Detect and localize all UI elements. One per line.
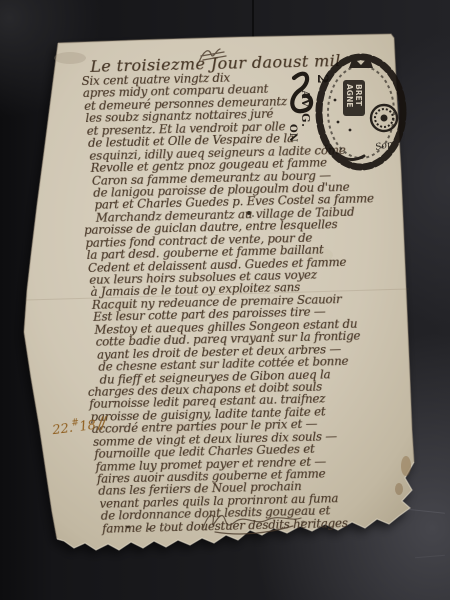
margin-amount: 22. [52,421,74,438]
handwriting-layer: Le troisiezme Jour daoust milSix cent qu… [86,50,417,535]
margin-sols: 18 [79,418,97,435]
photo-of-manuscript: Le troisiezme Jour daoust milSix cent qu… [0,0,450,600]
